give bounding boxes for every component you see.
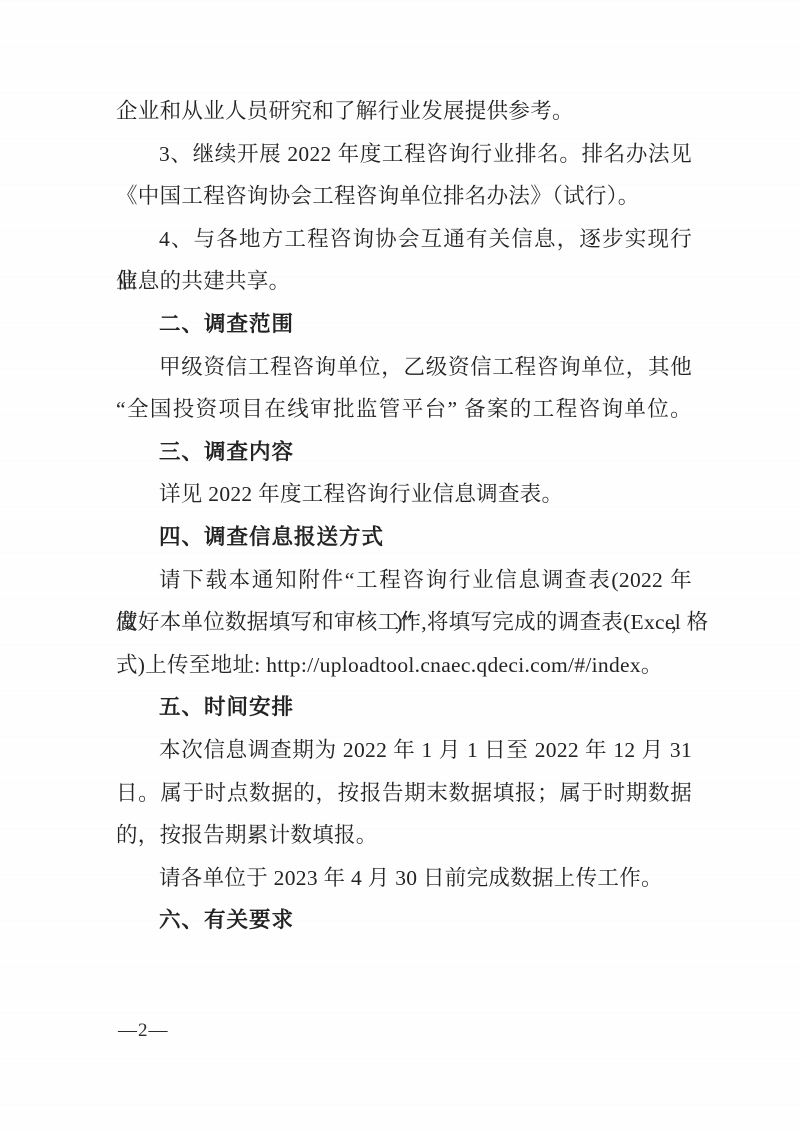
paragraph-line-upload-url: 式)上传至地址: http://uploadtool.cnaec.qdeci.c… (116, 644, 692, 687)
scanned-document-page: 企业和从业人员研究和了解行业发展提供参考。 3、继续开展 2022 年度工程咨询… (0, 0, 800, 1131)
paragraph-line: 3、继续开展 2022 年度工程咨询行业排名。排名办法见 (116, 133, 692, 176)
paragraph-line: 的，按报告期累计数填报。 (116, 814, 692, 857)
section-heading-requirements: 六、有关要求 (116, 899, 692, 942)
paragraph-line: 做好本单位数据填写和审核工作,将填写完成的调查表(Excel 格 (116, 601, 692, 644)
section-heading-survey-content: 三、调查内容 (116, 431, 692, 474)
paragraph-line: “全国投资项目在线审批监管平台” 备案的工程咨询单位。 (116, 388, 692, 431)
paragraph-line: 信息的共建共享。 (116, 260, 692, 303)
section-heading-submission-method: 四、调查信息报送方式 (116, 516, 692, 559)
paragraph-line: 4、与各地方工程咨询协会互通有关信息，逐步实现行业 (116, 218, 692, 261)
paragraph-line: 企业和从业人员研究和了解行业发展提供参考。 (116, 90, 692, 133)
document-body: 企业和从业人员研究和了解行业发展提供参考。 3、继续开展 2022 年度工程咨询… (116, 90, 692, 942)
paragraph-line: 本次信息调查期为 2022 年 1 月 1 日至 2022 年 12 月 31 (116, 729, 692, 772)
section-heading-survey-scope: 二、调查范围 (116, 303, 692, 346)
paragraph-line: 《中国工程咨询协会工程咨询单位排名办法》（试行）。 (116, 175, 692, 218)
paragraph-line: 甲级资信工程咨询单位，乙级资信工程咨询单位，其他 (116, 346, 692, 389)
paragraph-line: 请各单位于 2023 年 4 月 30 日前完成数据上传工作。 (116, 857, 692, 900)
page-number: —2— (118, 1020, 169, 1042)
section-heading-schedule: 五、时间安排 (116, 686, 692, 729)
paragraph-line: 详见 2022 年度工程咨询行业信息调查表。 (116, 473, 692, 516)
paragraph-line: 请下载本通知附件“工程咨询行业信息调查表(2022 年度)”， (116, 559, 692, 602)
paragraph-line: 日。属于时点数据的，按报告期末数据填报；属于时期数据 (116, 772, 692, 815)
